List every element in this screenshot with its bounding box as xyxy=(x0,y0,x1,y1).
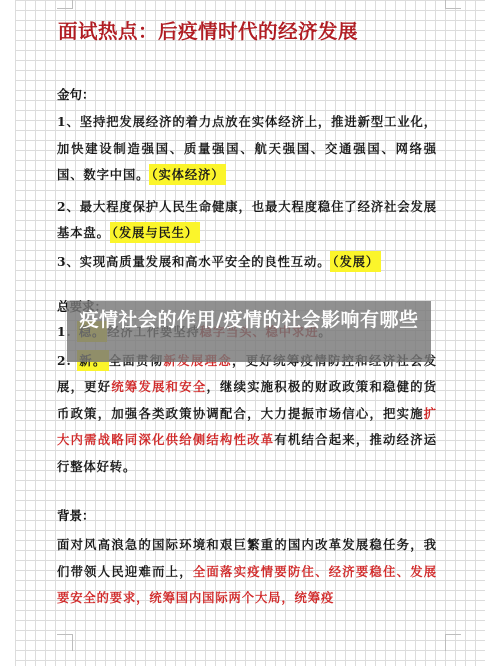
golden-item-2: 2、最大程度保护人民生命健康，也最大程度稳住了经济社会发展基本盘。（发展与民生） xyxy=(57,194,437,247)
golden-item-3: 3、实现高质量发展和高水平安全的良性互动。（发展） xyxy=(57,249,437,276)
page-corner-mark xyxy=(57,634,73,651)
item-text-emphasis: 统筹发展和安全 xyxy=(111,379,206,394)
highlight-tag: （发展与民生） xyxy=(110,222,200,243)
page-corner-mark xyxy=(57,0,73,9)
highlight-tag: （发展） xyxy=(330,251,381,272)
golden-item-text: 1、坚持把发展经济的着力点放在实体经济上，推进新型工业化，加快建设制造强国、质量… xyxy=(57,114,437,182)
overlay-title-banner: 疫情社会的作用/疫情的社会影响有哪些 xyxy=(67,301,431,362)
background-paragraph: 面对风高浪急的国际环境和艰巨繁重的国内改革发展稳任务，我们带领人民迎难而上，全面… xyxy=(57,532,437,612)
page-corner-mark xyxy=(445,0,461,9)
requirement-item-2: 2. 新。全面贯彻新发展理念，更好统筹疫情防控和经济社会发展，更好统筹发展和安全… xyxy=(57,348,437,481)
document-title: 面试热点：后疫情时代的经济发展 xyxy=(58,16,358,44)
golden-item-1: 1、坚持把发展经济的着力点放在实体经济上，推进新型工业化，加快建设制造强国、质量… xyxy=(57,109,437,189)
page-corner-mark xyxy=(445,634,461,651)
highlight-tag: （实体经济） xyxy=(149,164,226,185)
section-heading-background: 背景： xyxy=(57,506,437,526)
golden-item-text: 3、实现高质量发展和高水平安全的良性互动。 xyxy=(57,254,330,269)
section-heading-golden: 金句： xyxy=(57,85,437,105)
